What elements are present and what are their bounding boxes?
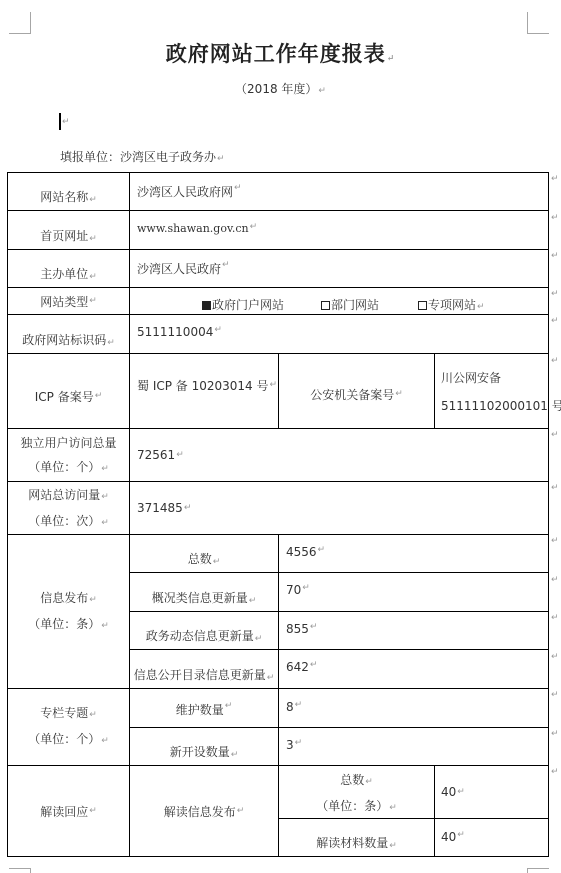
interpretation-materials-value: 40↵ (435, 819, 548, 856)
page-corner-mark-bottom-right (527, 868, 528, 873)
sponsor-value: 沙湾区人民政府↵ (130, 250, 548, 287)
interpretation-total-value: 40↵ (435, 766, 548, 818)
page-corner-mark-bottom-right (527, 868, 549, 869)
checkbox-checked-icon[interactable] (202, 301, 211, 310)
columns-new-value: 3↵ (279, 728, 548, 765)
columns-maintained-label: 维护数量↵ (130, 689, 278, 727)
interpretation-publish-label: 解读信息发布↵ (130, 766, 278, 856)
info-publish-label: 信息发布↵ （单位：条）↵ (8, 535, 129, 688)
site-name-label: 网站名称↵ (8, 173, 129, 210)
row-end-mark: ↵ (551, 729, 559, 739)
row-end-mark: ↵ (551, 251, 559, 261)
total-visits-label: 网站总访问量↵ （单位：次）↵ (8, 482, 129, 534)
site-type-option-special[interactable]: 专项网站↵ (418, 296, 485, 313)
row-end-mark: ↵ (551, 430, 559, 440)
filler-unit: 填报单位：沙湾区电子政务办↵ (60, 148, 225, 165)
page-corner-mark-top-right (527, 33, 549, 34)
document-title: 政府网站工作年度报表↵ (0, 38, 561, 68)
info-publish-total-label: 总数↵ (130, 535, 278, 572)
icp-value: 蜀 ICP 备 10203014 号↵ (130, 354, 278, 428)
page-corner-mark-bottom-left (30, 868, 31, 873)
interpretation-materials-label: 解读材料数量↵ (279, 819, 434, 856)
text-cursor (59, 113, 61, 130)
row-end-mark: ↵ (551, 213, 559, 223)
columns-maintained-value: 8↵ (279, 689, 548, 727)
homepage-value: www.shawan.gov.cn↵ (130, 211, 548, 249)
page-corner-mark-top-left (9, 33, 31, 34)
row-end-mark: ↵ (551, 652, 559, 662)
unique-visitors-value: 72561↵ (130, 429, 548, 481)
page-corner-mark-top-right (527, 12, 528, 34)
checkbox-unchecked-icon[interactable] (418, 301, 427, 310)
icp-label: ICP 备案号↵ (8, 354, 129, 428)
info-overview-label: 概况类信息更新量↵ (130, 573, 278, 611)
row-end-mark: ↵ (551, 575, 559, 585)
unique-visitors-label: 独立用户访问总量 （单位：个）↵ (8, 429, 129, 481)
info-news-value: 855↵ (279, 612, 548, 649)
row-end-mark: ↵ (551, 767, 559, 777)
columns-label: 专栏专题↵ （单位：个）↵ (8, 689, 129, 765)
police-record-value: 川公网安备 51111102000101 号 (435, 354, 548, 428)
checkbox-unchecked-icon[interactable] (321, 301, 330, 310)
info-disclosure-label: 信息公开目录信息更新量↵ (130, 650, 278, 688)
sponsor-label: 主办单位↵ (8, 250, 129, 287)
site-id-label: 政府网站标识码↵ (8, 315, 129, 353)
homepage-label: 首页网址↵ (8, 211, 129, 249)
police-record-label: 公安机关备案号↵ (279, 354, 434, 428)
document-subtitle: （2018 年度）↵ (0, 80, 561, 97)
info-overview-value: 70↵ (279, 573, 548, 611)
info-disclosure-value: 642↵ (279, 650, 548, 688)
site-name-value: 沙湾区人民政府网↵ (130, 173, 548, 210)
interpretation-total-label: 总数↵ （单位：条）↵ (279, 766, 434, 818)
paragraph-mark: ↵ (62, 117, 70, 127)
row-end-mark: ↵ (551, 316, 559, 326)
row-end-mark: ↵ (551, 483, 559, 493)
row-end-mark: ↵ (551, 690, 559, 700)
row-end-mark: ↵ (551, 289, 559, 299)
site-type-label: 网站类型↵ (8, 288, 129, 314)
page-corner-mark-top-left (30, 12, 31, 34)
page-corner-mark-bottom-left (9, 868, 31, 869)
info-news-label: 政务动态信息更新量↵ (130, 612, 278, 649)
columns-new-label: 新开设数量↵ (130, 728, 278, 765)
site-id-value: 5111110004↵ (130, 315, 548, 353)
row-end-mark: ↵ (551, 613, 559, 623)
row-end-mark: ↵ (551, 356, 559, 366)
row-end-mark: ↵ (551, 174, 559, 184)
total-visits-value: 371485↵ (130, 482, 548, 534)
interpretation-label: 解读回应↵ (8, 766, 129, 856)
site-type-option-portal[interactable]: 政府门户网站 (202, 296, 284, 313)
info-publish-total-value: 4556↵ (279, 535, 548, 572)
row-end-mark: ↵ (551, 536, 559, 546)
site-type-option-department[interactable]: 部门网站 (321, 296, 379, 313)
